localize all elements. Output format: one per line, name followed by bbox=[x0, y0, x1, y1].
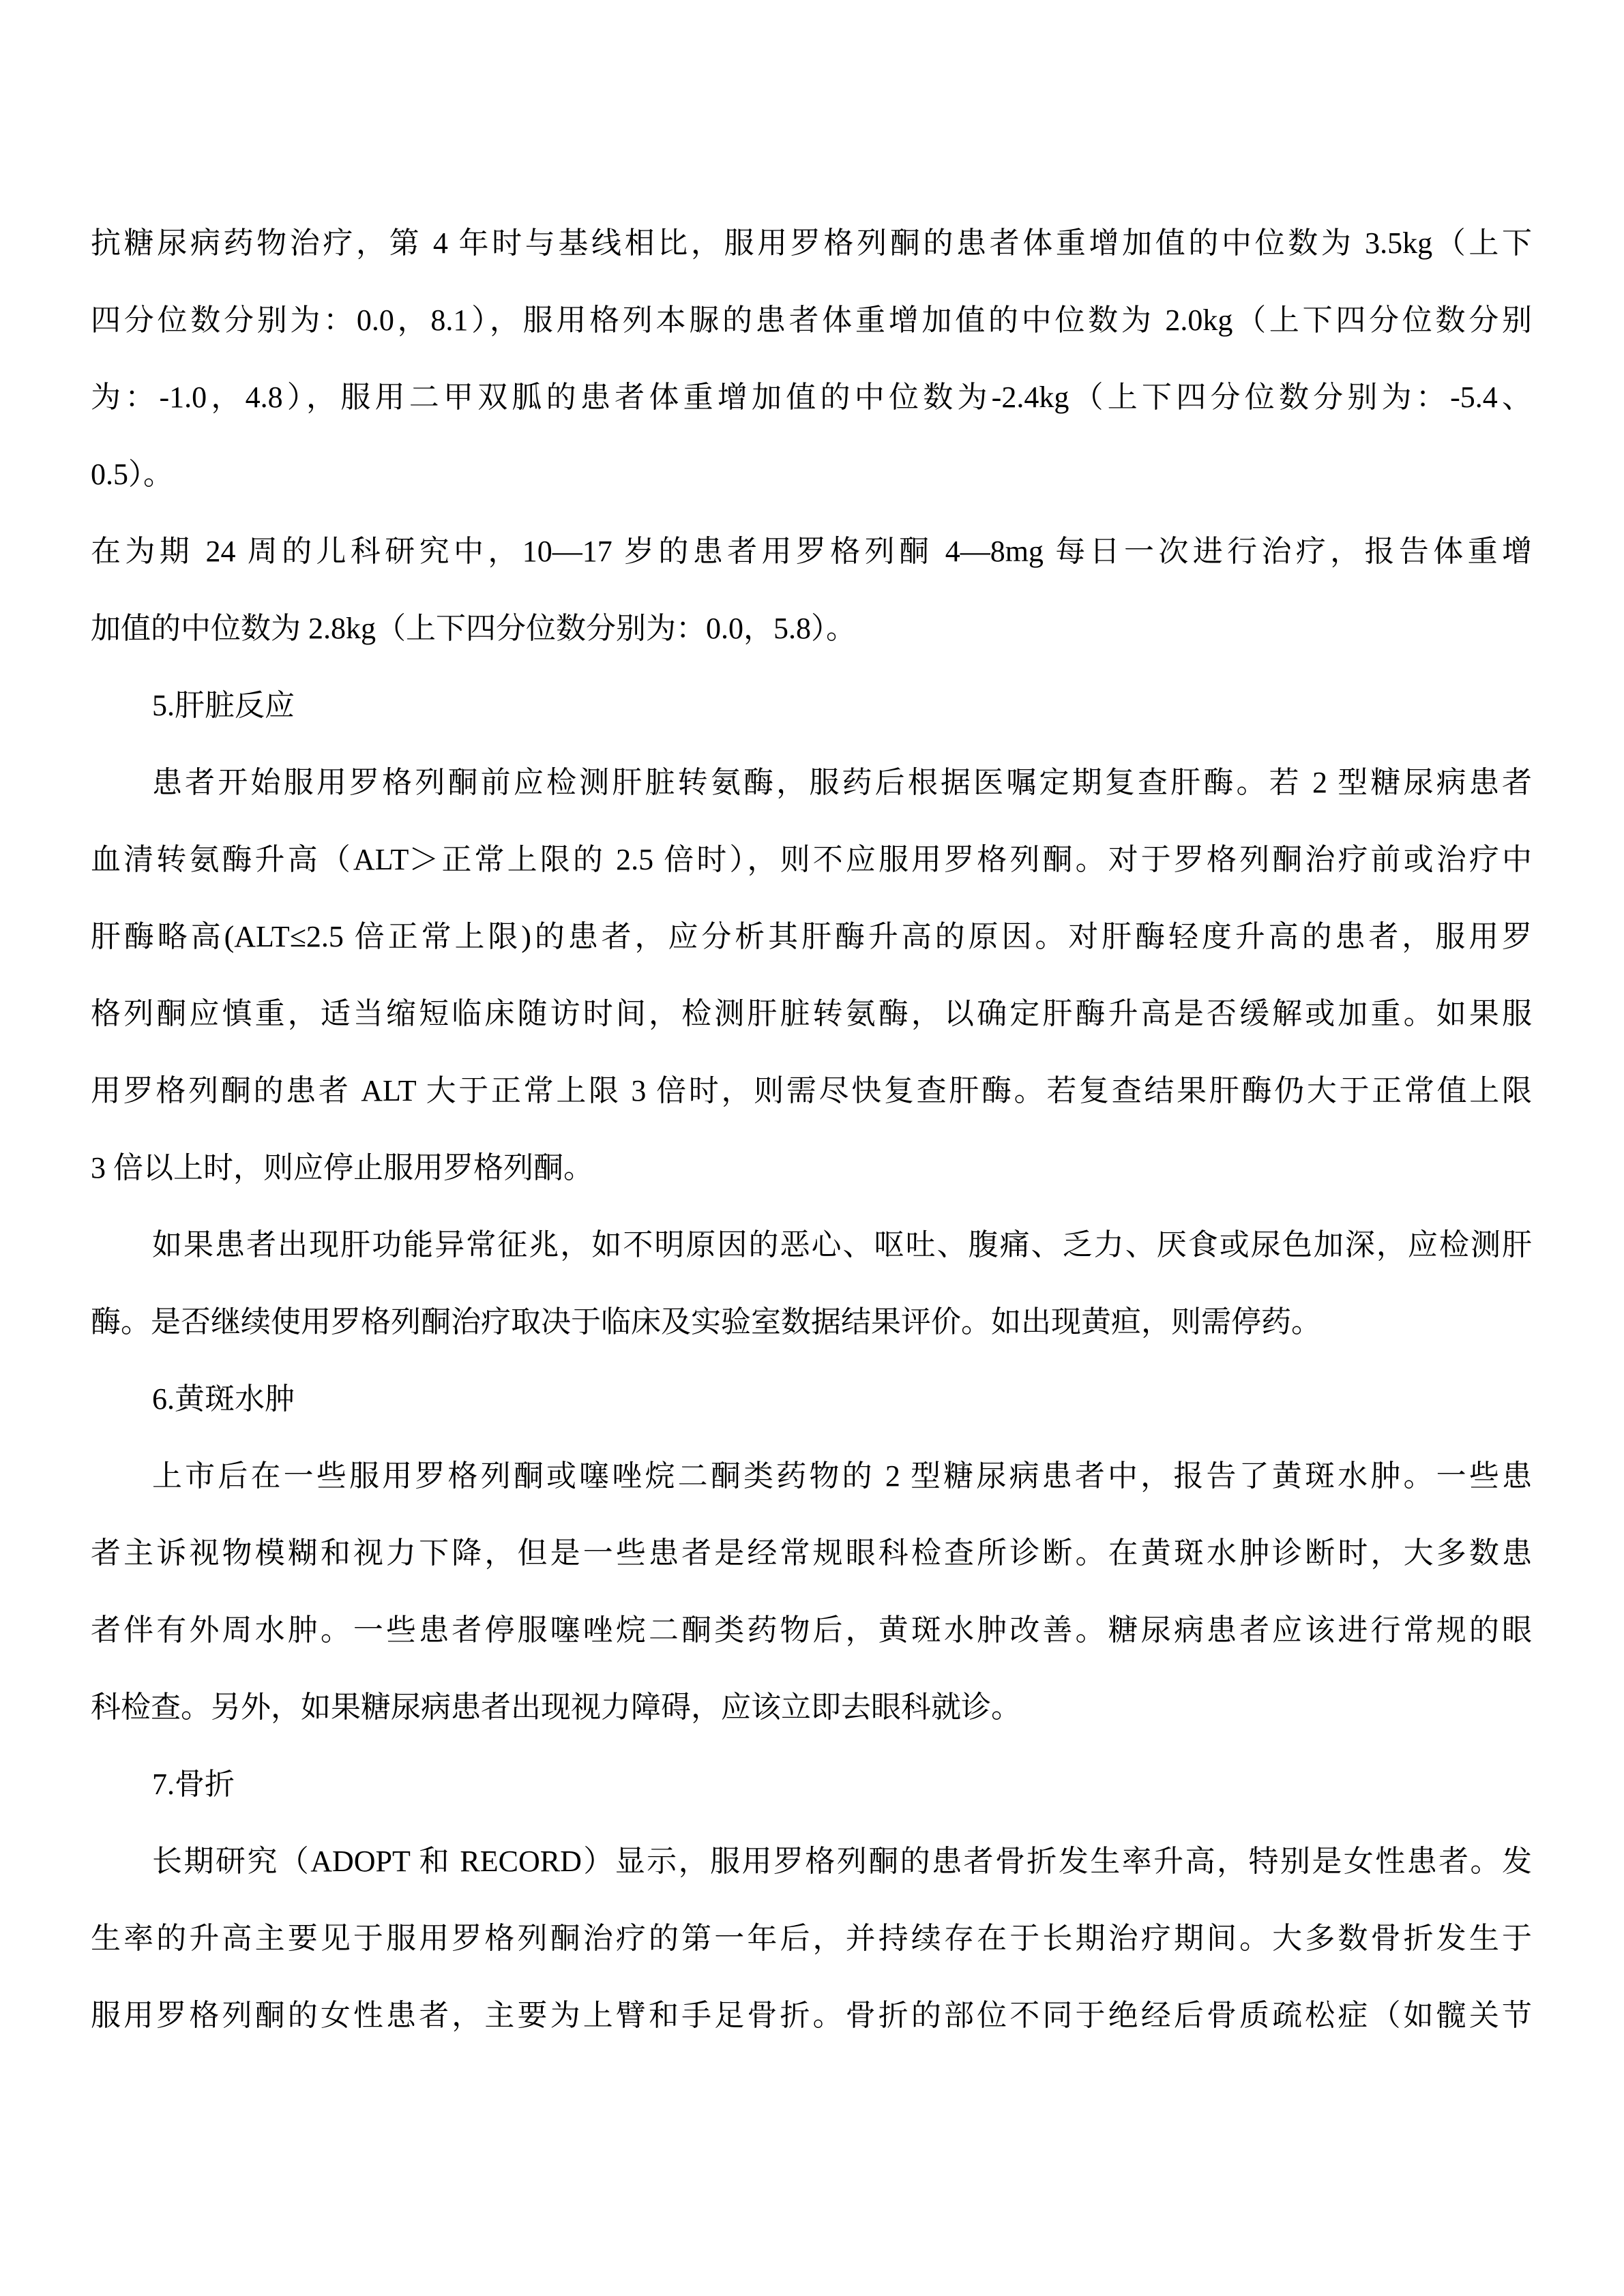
text-line: 为：-1.0，4.8），服用二甲双胍的患者体重增加值的中位数为-2.4kg（上下… bbox=[91, 359, 1532, 436]
text-line: 服用罗格列酮的女性患者，主要为上臂和手足骨折。骨折的部位不同于绝经后骨质疏松症（… bbox=[91, 1977, 1532, 2054]
text-line: 科检查。另外，如果糖尿病患者出现视力障碍，应该立即去眼科就诊。 bbox=[91, 1669, 1532, 1746]
paragraph: 在为期 24 周的儿科研究中，10—17 岁的患者用罗格列酮 4—8mg 每日一… bbox=[91, 513, 1532, 667]
text-line: 上市后在一些服用罗格列酮或噻唑烷二酮类药物的 2 型糖尿病患者中，报告了黄斑水肿… bbox=[91, 1437, 1532, 1515]
text-line: 肝酶略高(ALT≤2.5 倍正常上限)的患者，应分析其肝酶升高的原因。对肝酶轻度… bbox=[91, 898, 1532, 975]
document-body: 抗糖尿病药物治疗，第 4 年时与基线相比，服用罗格列酮的患者体重增加值的中位数为… bbox=[91, 205, 1532, 2054]
text-line: 抗糖尿病药物治疗，第 4 年时与基线相比，服用罗格列酮的患者体重增加值的中位数为… bbox=[91, 205, 1532, 282]
section-heading-line: 7.骨折 bbox=[91, 1746, 1532, 1823]
paragraph: 上市后在一些服用罗格列酮或噻唑烷二酮类药物的 2 型糖尿病患者中，报告了黄斑水肿… bbox=[91, 1437, 1532, 1746]
paragraph: 长期研究（ADOPT 和 RECORD）显示，服用罗格列酮的患者骨折发生率升高，… bbox=[91, 1823, 1532, 2054]
paragraph: 抗糖尿病药物治疗，第 4 年时与基线相比，服用罗格列酮的患者体重增加值的中位数为… bbox=[91, 205, 1532, 513]
text-line: 者主诉视物模糊和视力下降，但是一些患者是经常规眼科检查所诊断。在黄斑水肿诊断时，… bbox=[91, 1515, 1532, 1592]
section-heading-line: 6.黄斑水肿 bbox=[91, 1360, 1532, 1437]
text-line: 血清转氨酶升高（ALT＞正常上限的 2.5 倍时），则不应服用罗格列酮。对于罗格… bbox=[91, 821, 1532, 898]
text-line: 长期研究（ADOPT 和 RECORD）显示，服用罗格列酮的患者骨折发生率升高，… bbox=[91, 1823, 1532, 1900]
text-line: 如果患者出现肝功能异常征兆，如不明原因的恶心、呕吐、腹痛、乏力、厌食或尿色加深，… bbox=[91, 1206, 1532, 1283]
text-line: 加值的中位数为 2.8kg（上下四分位数分别为：0.0，5.8）。 bbox=[91, 590, 1532, 667]
text-line: 患者开始服用罗格列酮前应检测肝脏转氨酶，服药后根据医嘱定期复查肝酶。若 2 型糖… bbox=[91, 744, 1532, 821]
text-line: 生率的升高主要见于服用罗格列酮治疗的第一年后，并持续存在于长期治疗期间。大多数骨… bbox=[91, 1900, 1532, 1977]
paragraph: 如果患者出现肝功能异常征兆，如不明原因的恶心、呕吐、腹痛、乏力、厌食或尿色加深，… bbox=[91, 1206, 1532, 1360]
paragraph: 患者开始服用罗格列酮前应检测肝脏转氨酶，服药后根据医嘱定期复查肝酶。若 2 型糖… bbox=[91, 744, 1532, 1206]
text-line: 酶。是否继续使用罗格列酮治疗取决于临床及实验室数据结果评价。如出现黄疸，则需停药… bbox=[91, 1283, 1532, 1360]
section-heading: 7.骨折 bbox=[91, 1746, 1532, 1823]
text-line: 者伴有外周水肿。一些患者停服噻唑烷二酮类药物后，黄斑水肿改善。糖尿病患者应该进行… bbox=[91, 1592, 1532, 1669]
document-page: 抗糖尿病药物治疗，第 4 年时与基线相比，服用罗格列酮的患者体重增加值的中位数为… bbox=[0, 0, 1624, 2296]
text-line: 格列酮应慎重，适当缩短临床随访时间，检测肝脏转氨酶，以确定肝酶升高是否缓解或加重… bbox=[91, 975, 1532, 1052]
text-line: 用罗格列酮的患者 ALT 大于正常上限 3 倍时，则需尽快复查肝酶。若复查结果肝… bbox=[91, 1052, 1532, 1129]
section-heading: 5.肝脏反应 bbox=[91, 667, 1532, 744]
section-heading-line: 5.肝脏反应 bbox=[91, 667, 1532, 744]
text-line: 在为期 24 周的儿科研究中，10—17 岁的患者用罗格列酮 4—8mg 每日一… bbox=[91, 513, 1532, 590]
text-line: 3 倍以上时，则应停止服用罗格列酮。 bbox=[91, 1129, 1532, 1206]
text-line: 0.5）。 bbox=[91, 436, 1532, 513]
section-heading: 6.黄斑水肿 bbox=[91, 1360, 1532, 1437]
text-line: 四分位数分别为：0.0，8.1），服用格列本脲的患者体重增加值的中位数为 2.0… bbox=[91, 282, 1532, 359]
